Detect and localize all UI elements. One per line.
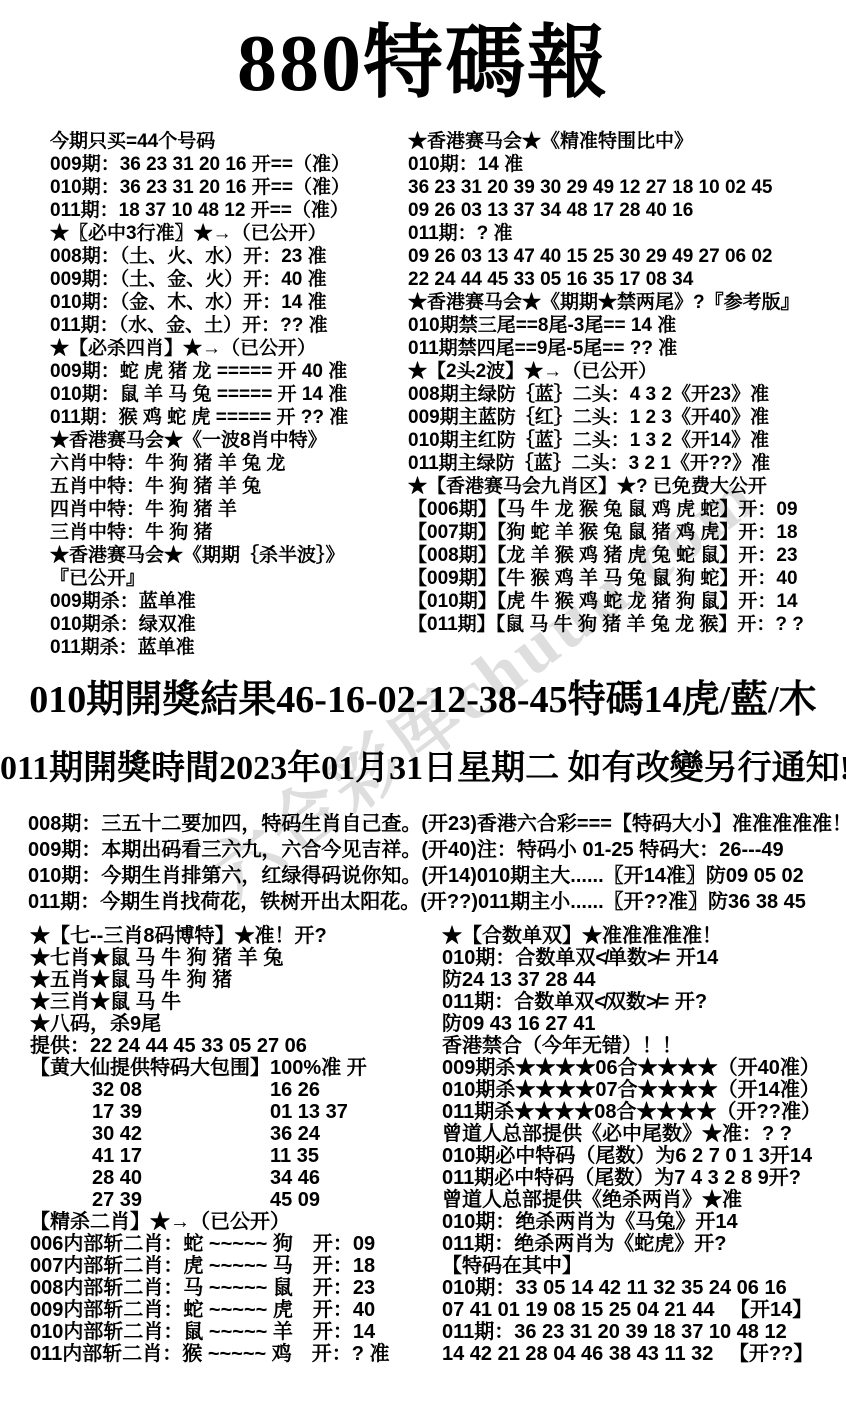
- grid-row: 41 17 11 35: [30, 1145, 442, 1167]
- text-line: 【008期】【龙 羊 猴 鸡 猪 虎 兔 蛇 鼠】开：23: [408, 544, 840, 567]
- text-line: 010期：14 准: [408, 153, 840, 176]
- text-line: 010期禁三尾==8尾-3尾== 14 准: [408, 314, 840, 337]
- text-line: 010期：鼠 羊 马 兔 ===== 开 14 准: [50, 383, 408, 406]
- text-line: 22 24 44 45 33 05 16 35 17 08 34: [408, 268, 840, 291]
- text-line: 008内部斩二肖：马 ~~~~~ 鼠 开：23: [30, 1277, 442, 1299]
- text-line: 【006期】【马 牛 龙 猴 兔 鼠 鸡 虎 蛇】开：09: [408, 498, 840, 521]
- text-line: 【007期】【狗 蛇 羊 猴 兔 鼠 猪 鸡 虎】开：18: [408, 521, 840, 544]
- text-line: 011期：36 23 31 20 39 18 37 10 48 12: [442, 1321, 840, 1343]
- text-line: 009期：36 23 31 20 16 开==（准）: [50, 153, 408, 176]
- text-line: 011期：? 准: [408, 222, 840, 245]
- text-line: ★【必杀四肖】★→（已公开）: [50, 337, 408, 360]
- text-line: 香港禁合（今年无错）！！: [442, 1035, 840, 1057]
- grid-row: 32 08 16 26: [30, 1079, 442, 1101]
- top-section: 今期只买=44个号码009期：36 23 31 20 16 开==（准）010期…: [0, 130, 846, 659]
- grid-row: 27 39 45 09: [30, 1189, 442, 1211]
- text-line: 五肖中特：牛 狗 猪 羊 兔: [50, 475, 408, 498]
- jingsha-header: 【精杀二肖】★→（已公开）: [30, 1211, 442, 1233]
- text-line: 010期：（金、木、水）开：14 准: [50, 291, 408, 314]
- text-line: 011期禁四尾==9尾-5尾== ?? 准: [408, 337, 840, 360]
- text-line: 【黄大仙提供特码大包围】100%准 开: [30, 1057, 442, 1079]
- grid-right-numbers: 36 24: [270, 1123, 320, 1145]
- grid-right-numbers: 01 13 37: [270, 1101, 348, 1123]
- text-line: 009期：（土、金、火）开：40 准: [50, 268, 408, 291]
- text-line: ★三肖★鼠 马 牛: [30, 991, 442, 1013]
- text-line: 007内部斩二肖：虎 ~~~~~ 马 开：18: [30, 1255, 442, 1277]
- text-line: 010期：今期生肖排第六，红绿得码说你知。(开14)010期主大......〖开…: [28, 863, 846, 889]
- draw-time-banner: 011期開獎時間2023年01月31日星期二 如有改變另行通知!: [0, 747, 846, 791]
- text-line: ★五肖★鼠 马 牛 狗 猪: [30, 969, 442, 991]
- grid-left-numbers: 28 40: [92, 1167, 270, 1189]
- text-line: 008期主绿防｛蓝｝二头：4 3 2《开23》准: [408, 383, 840, 406]
- bottom-section: ★【七--三肖8码博特】★准！开?★七肖★鼠 马 牛 狗 猪 羊 兔★五肖★鼠 …: [0, 925, 846, 1365]
- text-line: ★香港赛马会★《精准特围比中》: [408, 130, 840, 153]
- bottom-left-column: ★【七--三肖8码博特】★准！开?★七肖★鼠 马 牛 狗 猪 羊 兔★五肖★鼠 …: [30, 925, 442, 1365]
- text-line: ★【合数单双】★准准准准准！: [442, 925, 840, 947]
- text-line: 011期：猴 鸡 蛇 虎 ===== 开 ?? 准: [50, 406, 408, 429]
- text-line: 36 23 31 20 39 30 29 49 12 27 18 10 02 4…: [408, 176, 840, 199]
- text-line: 09 26 03 13 47 40 15 25 30 29 49 27 06 0…: [408, 245, 840, 268]
- grid-left-numbers: 32 08: [92, 1079, 270, 1101]
- text-line: 009内部斩二肖：蛇 ~~~~~ 虎 开：40: [30, 1299, 442, 1321]
- jingsha-block: 006内部斩二肖：蛇 ~~~~~ 狗 开：09007内部斩二肖：虎 ~~~~~ …: [30, 1233, 442, 1365]
- text-line: 【010期】【虎 牛 猴 鸡 蛇 龙 猪 狗 鼠】开：14: [408, 590, 840, 613]
- text-line: 曾道人总部提供《绝杀两肖》★准: [442, 1189, 840, 1211]
- text-line: 009期：本期出码看三六九，六合今见吉祥。(开40)注：特码小 01-25 特码…: [28, 837, 846, 863]
- text-line: 14 42 21 28 04 46 38 43 11 32 【开??】: [442, 1343, 840, 1365]
- text-line: 010期：合数单双≮单数≯= 开14: [442, 947, 840, 969]
- quatrain-section: 008期：三五十二要加四，特码生肖自己查。(开23)香港六合彩===【特码大小】…: [0, 811, 846, 915]
- text-line: 010期：33 05 14 42 11 32 35 24 06 16: [442, 1277, 840, 1299]
- lottery-sheet-page: 六合彩库chuuu.com 880特碼報 今期只买=44个号码009期：36 2…: [0, 0, 846, 1410]
- grid-right-numbers: 11 35: [270, 1145, 319, 1167]
- text-line: 010期杀★★★★07合★★★★（开14准）: [442, 1079, 840, 1101]
- text-line: 提供：22 24 44 45 33 05 27 06: [30, 1035, 442, 1057]
- page-title: 880特碼報: [0, 14, 846, 114]
- text-line: 011期：（水、金、土）开：?? 准: [50, 314, 408, 337]
- text-line: 010期杀：绿双准: [50, 613, 408, 636]
- grid-row: 17 39 01 13 37: [30, 1101, 442, 1123]
- grid-left-numbers: 27 39: [92, 1189, 270, 1211]
- text-line: 011内部斩二肖：猴 ~~~~~ 鸡 开：? 准: [30, 1343, 442, 1365]
- text-line: 011期必中特码（尾数）为7 4 3 2 8 9开?: [442, 1167, 840, 1189]
- text-line: ★【七--三肖8码博特】★准！开?: [30, 925, 442, 947]
- text-line: ★【2头2波】★→（已公开）: [408, 360, 840, 383]
- text-line: 四肖中特：牛 狗 猪 羊: [50, 498, 408, 521]
- text-line: 009期：蛇 虎 猪 龙 ===== 开 40 准: [50, 360, 408, 383]
- grid-left-numbers: 17 39: [92, 1101, 270, 1123]
- text-line: 008期：（土、火、水）开：23 准: [50, 245, 408, 268]
- text-line: 六肖中特：牛 狗 猪 羊 兔 龙: [50, 452, 408, 475]
- text-line: 010内部斩二肖：鼠 ~~~~~ 羊 开：14: [30, 1321, 442, 1343]
- grid-row: 28 40 34 46: [30, 1167, 442, 1189]
- text-line: ★香港赛马会★《一波8肖中特》: [50, 429, 408, 452]
- text-line: 011期：绝杀两肖为《蛇虎》开?: [442, 1233, 840, 1255]
- text-line: ★〖必中3行准〗★→（已公开）: [50, 222, 408, 245]
- grid-right-numbers: 45 09: [270, 1189, 320, 1211]
- text-line: 011期杀★★★★08合★★★★（开??准）: [442, 1101, 840, 1123]
- number-grid: 32 08 16 26 17 39 01 13 37 30 42 36 24: [30, 1079, 442, 1211]
- text-line: 011期：18 37 10 48 12 开==（准）: [50, 199, 408, 222]
- text-line: 防24 13 37 28 44: [442, 969, 840, 991]
- top-left-column: 今期只买=44个号码009期：36 23 31 20 16 开==（准）010期…: [50, 130, 408, 659]
- text-line: 【特码在其中】: [442, 1255, 840, 1277]
- top-right-column: ★香港赛马会★《精准特围比中》010期：14 准36 23 31 20 39 3…: [408, 130, 840, 659]
- bottom-right-column: ★【合数单双】★准准准准准！010期：合数单双≮单数≯= 开14防24 13 3…: [442, 925, 840, 1365]
- text-line: 010期必中特码（尾数）为6 2 7 0 1 3开14: [442, 1145, 840, 1167]
- text-line: 010期：绝杀两肖为《马兔》开14: [442, 1211, 840, 1233]
- text-line: 防09 43 16 27 41: [442, 1013, 840, 1035]
- grid-right-numbers: 16 26: [270, 1079, 320, 1101]
- text-line: 今期只买=44个号码: [50, 130, 408, 153]
- text-line: 011期主绿防｛蓝｝二头：3 2 1《开??》准: [408, 452, 840, 475]
- text-line: 07 41 01 19 08 15 25 04 21 44 【开14】: [442, 1299, 840, 1321]
- text-line: 09 26 03 13 37 34 48 17 28 40 16: [408, 199, 840, 222]
- text-line: 011期杀：蓝单准: [50, 636, 408, 659]
- text-line: 009期杀★★★★06合★★★★（开40准）: [442, 1057, 840, 1079]
- text-line: 三肖中特：牛 狗 猪: [50, 521, 408, 544]
- text-line: 009期杀：蓝单准: [50, 590, 408, 613]
- text-line: ★七肖★鼠 马 牛 狗 猪 羊 兔: [30, 947, 442, 969]
- result-banner: 010期開獎結果46-16-02-12-38-45特碼14虎/藍/木: [0, 677, 846, 723]
- grid-right-numbers: 34 46: [270, 1167, 320, 1189]
- text-line: 008期：三五十二要加四，特码生肖自己查。(开23)香港六合彩===【特码大小】…: [28, 811, 846, 837]
- text-line: ★八码，杀9尾: [30, 1013, 442, 1035]
- text-line: 009期主蓝防｛红｝二头：1 2 3《开40》准: [408, 406, 840, 429]
- text-line: ★香港赛马会★《期期★禁两尾》?『参考版』: [408, 291, 840, 314]
- grid-left-numbers: 41 17: [92, 1145, 270, 1167]
- text-line: 【009期】【牛 猴 鸡 羊 马 兔 鼠 狗 蛇】开：40: [408, 567, 840, 590]
- text-line: 『已公开』: [50, 567, 408, 590]
- text-line: ★香港赛马会★《期期｛杀半波｝》: [50, 544, 408, 567]
- text-line: 010期：36 23 31 20 16 开==（准）: [50, 176, 408, 199]
- text-line: 011期：今期生肖找荷花，铁树开出太阳花。(开??)011期主小......〖开…: [28, 889, 846, 915]
- text-line: 011期：合数单双≮双数≯= 开?: [442, 991, 840, 1013]
- grid-left-numbers: 30 42: [92, 1123, 270, 1145]
- grid-row: 30 42 36 24: [30, 1123, 442, 1145]
- text-line: 曾道人总部提供《必中尾数》★准：? ?: [442, 1123, 840, 1145]
- text-line: 【011期】【鼠 马 牛 狗 猪 羊 兔 龙 猴】开：? ?: [408, 613, 840, 636]
- text-line: 010期主红防｛蓝｝二头：1 3 2《开14》准: [408, 429, 840, 452]
- text-line: ★【香港赛马会九肖区】★? 已免费大公开: [408, 475, 840, 498]
- seven-three-block: ★【七--三肖8码博特】★准！开?★七肖★鼠 马 牛 狗 猪 羊 兔★五肖★鼠 …: [30, 925, 442, 1079]
- text-line: 006内部斩二肖：蛇 ~~~~~ 狗 开：09: [30, 1233, 442, 1255]
